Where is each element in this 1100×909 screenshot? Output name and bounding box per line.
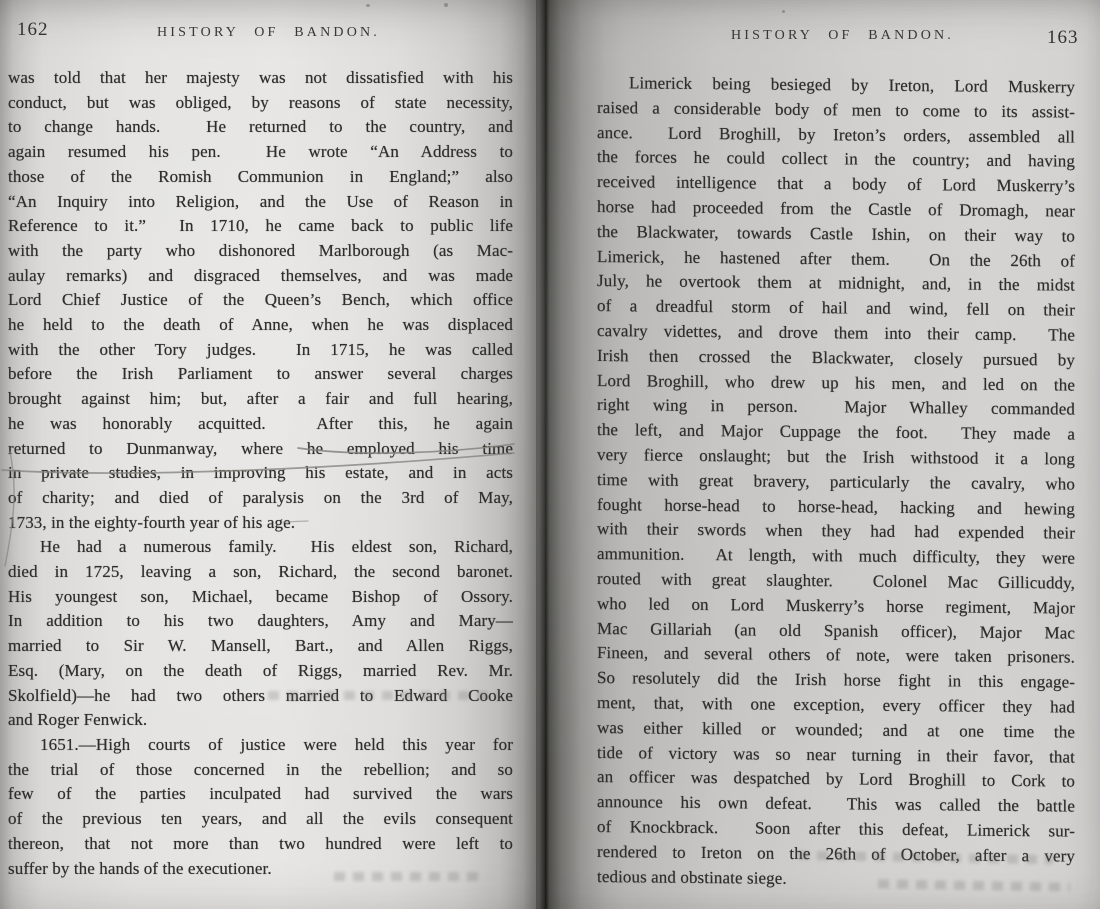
text-line: conduct, but was obliged, by reasons of …	[8, 91, 513, 116]
right-page-number: 163	[1047, 27, 1079, 49]
text-line: the trial of those concerned in the rebe…	[8, 758, 513, 783]
paragraph: He had a numerous family. His eldest son…	[8, 535, 513, 733]
text-line: 1733, in the eighty-fourth year of his a…	[8, 511, 513, 536]
text-line: brought against him; but, after a fair a…	[8, 387, 513, 412]
right-running-header: HISTORY OF BANDON.	[731, 28, 954, 44]
text-line: he held to the death of Anne, when he wa…	[8, 313, 513, 338]
text-line: those of the Romish Communion in England…	[8, 165, 513, 190]
text-line: again resumed his pen. He wrote “An Addr…	[8, 140, 513, 165]
text-line: with the other Tory judges. In 1715, he …	[8, 338, 513, 363]
paragraph: was told that her majesty was not dissat…	[8, 66, 513, 535]
text-line: was told that her majesty was not dissat…	[8, 66, 513, 91]
left-running-header: HISTORY OF BANDON.	[157, 25, 380, 41]
book-scan: 162 HISTORY OF BANDON. HISTORY OF BANDON…	[0, 0, 1100, 909]
text-line: rendered to Ireton on the 26th of Octobe…	[597, 840, 1075, 869]
text-line: His youngest son, Michael, became Bishop…	[8, 585, 513, 610]
left-page-text: was told that her majesty was not dissat…	[8, 66, 513, 881]
text-line: to change hands. He returned to the coun…	[8, 115, 513, 140]
text-line: of charity; and died of paralysis on the…	[8, 486, 513, 511]
text-line: of the previous ten years, and all the e…	[8, 807, 513, 832]
text-line: married to Sir W. Mansell, Bart., and Al…	[8, 634, 513, 659]
text-line: thereon, that not more than two hundred …	[8, 832, 513, 857]
text-line: died in 1725, leaving a son, Richard, th…	[8, 560, 513, 585]
paragraph: 1651.—High courts of justice were held t…	[8, 733, 513, 881]
text-line: he was honorably acquitted. After this, …	[8, 412, 513, 437]
text-line: Lord Chief Justice of the Queen’s Bench,…	[8, 288, 513, 313]
text-line: few of the parties inculpated had surviv…	[8, 782, 513, 807]
text-line: and Roger Fenwick.	[8, 708, 513, 733]
text-line: He had a numerous family. His eldest son…	[8, 535, 513, 560]
text-line: “An Inquiry into Religion, and the Use o…	[8, 190, 513, 215]
text-line: Reference to it.” In 1710, he came back …	[8, 214, 513, 239]
text-line: with the party who dishonored Marlboroug…	[8, 239, 513, 264]
text-line: aulay remarks) and disgraced themselves,…	[8, 264, 513, 289]
paragraph: Limerick being besieged by Ireton, Lord …	[597, 71, 1075, 894]
text-line: in private studies, in improving his est…	[8, 461, 513, 486]
text-line: 1651.—High courts of justice were held t…	[8, 733, 513, 758]
left-page-number: 162	[17, 19, 49, 41]
text-line: tedious and obstinate siege.	[597, 865, 1075, 894]
right-page-text: Limerick being besieged by Ireton, Lord …	[597, 71, 1075, 894]
text-line: suffer by the hands of the executioner.	[8, 857, 513, 882]
text-line: Esq. (Mary, on the death of Riggs, marri…	[8, 659, 513, 684]
text-line: Skolfield)—he had two others married to …	[8, 684, 513, 709]
text-line: returned to Dunmanway, where he employed…	[8, 437, 513, 462]
text-line: In addition to his two daughters, Amy an…	[8, 609, 513, 634]
text-line: before the Irish Parliament to answer se…	[8, 362, 513, 387]
